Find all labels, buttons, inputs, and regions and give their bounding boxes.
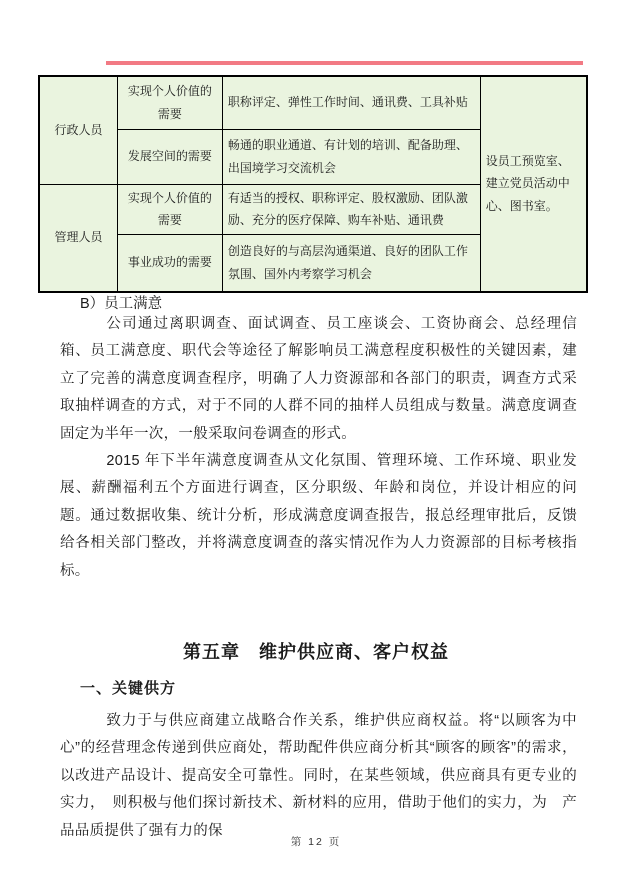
paragraph-employee-satisfaction-2: 2015 年下半年满意度调查从文化氛围、管理环境、工作环境、职业发展、薪酬福利五…: [60, 448, 577, 585]
table-cell-group-admin: 行政人员: [39, 76, 118, 184]
table-cell-need: 发展空间的需要: [118, 129, 223, 184]
table-row: 行政人员 实现个人价值的需要 职称评定、弹性工作时间、通讯费、工具补贴 设员工预…: [39, 76, 587, 129]
table-cell-need: 事业成功的需要: [118, 235, 223, 292]
employee-needs-table: 行政人员 实现个人价值的需要 职称评定、弹性工作时间、通讯费、工具补贴 设员工预…: [38, 75, 588, 293]
table-cell-side-note: 设员工预览室、建立党员活动中心、图书室。: [480, 76, 587, 292]
table-cell-need: 实现个人价值的需要: [118, 76, 223, 129]
table-cell-detail: 创造良好的与高层沟通渠道、良好的团队工作氛围、国外内考察学习机会: [222, 235, 480, 292]
table-cell-detail: 有适当的授权、职称评定、股权激励、团队激励、充分的医疗保障、购车补贴、通讯费: [222, 184, 480, 235]
paragraph-employee-satisfaction-1: 公司通过离职调查、面试调查、员工座谈会、工资协商会、总经理信箱、员工满意度、职代…: [60, 311, 577, 448]
chapter-title: 第五章 维护供应商、客户权益: [0, 638, 632, 664]
table-cell-detail: 职称评定、弹性工作时间、通讯费、工具补贴: [222, 76, 480, 129]
paragraph-key-suppliers: 致力于与供应商建立战略合作关系，维护供应商权益。将“以顾客为中心”的经营理念传递…: [60, 708, 577, 845]
page-number: 第 12 页: [0, 834, 632, 849]
header-rule: [106, 61, 583, 65]
table-cell-need: 实现个人价值的需要: [118, 184, 223, 235]
table-cell-group-management: 管理人员: [39, 184, 118, 292]
table-cell-detail: 畅通的职业通道、有计划的培训、配备助理、出国境学习交流机会: [222, 129, 480, 184]
section-heading-key-suppliers: 一、关键供方: [80, 677, 176, 698]
document-page: 行政人员 实现个人价值的需要 职称评定、弹性工作时间、通讯费、工具补贴 设员工预…: [0, 0, 632, 893]
